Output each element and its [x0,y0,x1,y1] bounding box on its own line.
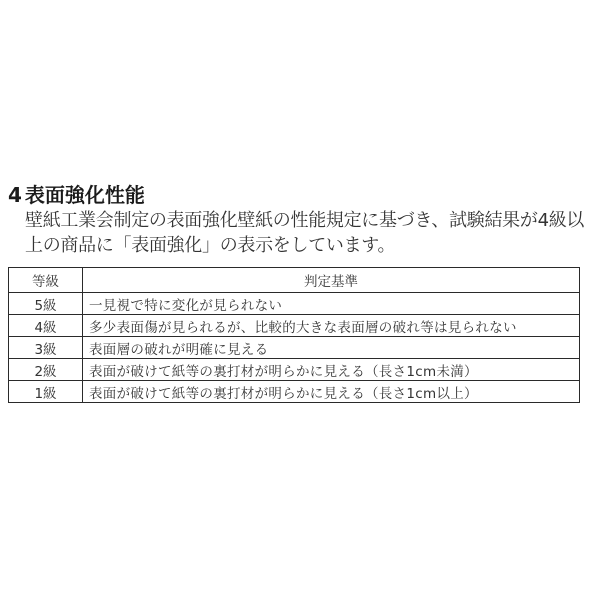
grade-cell: 2級 [9,359,83,381]
table-row: 2級 表面が破けて紙等の裏打材が明らかに見える（長さ1cm未満） [9,359,580,381]
table-row: 3級 表面層の破れが明確に見える [9,337,580,359]
table-header-row: 等級 判定基準 [9,268,580,293]
section-number: 4 [8,183,22,207]
table-row: 1級 表面が破けて紙等の裏打材が明らかに見える（長さ1cm以上） [9,381,580,403]
grade-cell: 1級 [9,381,83,403]
section-title: 4表面強化性能 [8,182,582,208]
grade-cell: 5級 [9,293,83,315]
grade-cell: 3級 [9,337,83,359]
grade-cell: 4級 [9,315,83,337]
criteria-cell: 一見視で特に変化が見られない [83,293,580,315]
surface-strength-section: 4表面強化性能 壁紙工業会制定の表面強化壁紙の性能規定に基づき、試験結果が4級以… [8,182,582,258]
header-criteria: 判定基準 [83,268,580,293]
section-title-text: 表面強化性能 [25,183,145,207]
header-grade: 等級 [9,268,83,293]
criteria-cell: 表面が破けて紙等の裏打材が明らかに見える（長さ1cm以上） [83,381,580,403]
table-row: 4級 多少表面傷が見られるが、比較的大きな表面層の破れ等は見られない [9,315,580,337]
criteria-cell: 多少表面傷が見られるが、比較的大きな表面層の破れ等は見られない [83,315,580,337]
section-description: 壁紙工業会制定の表面強化壁紙の性能規定に基づき、試験結果が4級以上の商品に「表面… [25,208,585,258]
criteria-cell: 表面層の破れが明確に見える [83,337,580,359]
grade-criteria-table: 等級 判定基準 5級 一見視で特に変化が見られない 4級 多少表面傷が見られるが… [8,267,580,403]
criteria-cell: 表面が破けて紙等の裏打材が明らかに見える（長さ1cm未満） [83,359,580,381]
table-row: 5級 一見視で特に変化が見られない [9,293,580,315]
